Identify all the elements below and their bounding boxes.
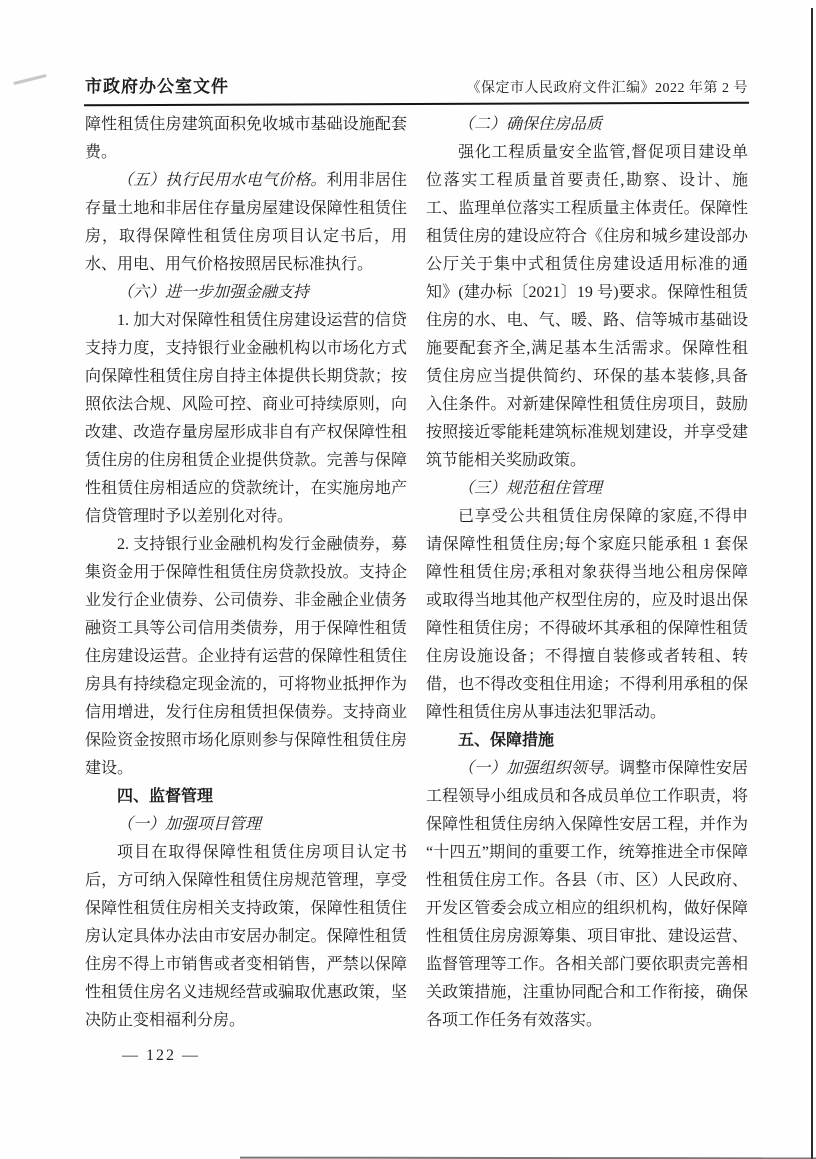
page-footer: — 122 — <box>122 1047 200 1065</box>
paragraph: 项目在取得保障性租赁住房项目认定书后，方可纳入保障性租赁住房规范管理，享受保障性… <box>85 839 407 1035</box>
paragraph-text: 调整市保障性安居工程领导小组成员和各成员单位工作职责，将保障性租赁住房纳入保障性… <box>426 760 748 1029</box>
document-body: 障性租赁住房建筑面积免收城市基础设施配套费。 （五）执行民用水电气价格。利用非居… <box>85 111 748 1035</box>
header-doc-type: 市政府办公室文件 <box>85 72 229 97</box>
page-header: 市政府办公室文件 《保定市人民政府文件汇编》2022 年第 2 号 <box>85 72 748 97</box>
section-heading: 五、保障措施 <box>426 727 748 755</box>
scan-edge-line <box>811 8 813 1159</box>
paragraph: 已享受公共租赁住房保障的家庭,不得申请保障性租赁住房;每个家庭只能承租 1 套保… <box>426 503 748 727</box>
sub-heading: （二）确保住房品质 <box>426 111 748 139</box>
paragraph: （五）执行民用水电气价格。利用非居住存量土地和非居住存量房屋建设保障性租赁住房，… <box>85 167 407 279</box>
sub-heading: （六）进一步加强金融支持 <box>85 279 407 307</box>
document-page: 市政府办公室文件 《保定市人民政府文件汇编》2022 年第 2 号 障性租赁住房… <box>0 0 816 1159</box>
paragraph-lead-in: （五）执行民用水电气价格。 <box>117 172 327 189</box>
paragraph: 1. 加大对保障性租赁住房建设运营的信贷支持力度，支持银行业金融机构以市场化方式… <box>85 307 407 531</box>
sub-heading: （三）规范租住管理 <box>426 475 748 503</box>
page-number: — 122 — <box>122 1047 200 1064</box>
header-compilation-title: 《保定市人民政府文件汇编》2022 年第 2 号 <box>467 77 749 97</box>
right-column: （二）确保住房品质 强化工程质量安全监管,督促项目建设单位落实工程质量首要责任,… <box>426 111 748 1035</box>
scan-smudge <box>13 74 47 85</box>
paragraph: 强化工程质量安全监管,督促项目建设单位落实工程质量首要责任,勘察、设计、施工、监… <box>426 139 748 475</box>
header-rule <box>84 102 749 107</box>
paragraph: 2. 支持银行业金融机构发行金融债券，募集资金用于保障性租赁住房贷款投放。支持企… <box>85 531 407 783</box>
sub-heading: （一）加强项目管理 <box>85 811 407 839</box>
paragraph: （一）加强组织领导。调整市保障性安居工程领导小组成员和各成员单位工作职责，将保障… <box>426 755 748 1035</box>
section-heading: 四、监督管理 <box>85 783 407 811</box>
paragraph-continuation: 障性租赁住房建筑面积免收城市基础设施配套费。 <box>85 111 407 167</box>
left-column: 障性租赁住房建筑面积免收城市基础设施配套费。 （五）执行民用水电气价格。利用非居… <box>85 111 407 1035</box>
paragraph-lead-in: （一）加强组织领导。 <box>458 760 619 777</box>
